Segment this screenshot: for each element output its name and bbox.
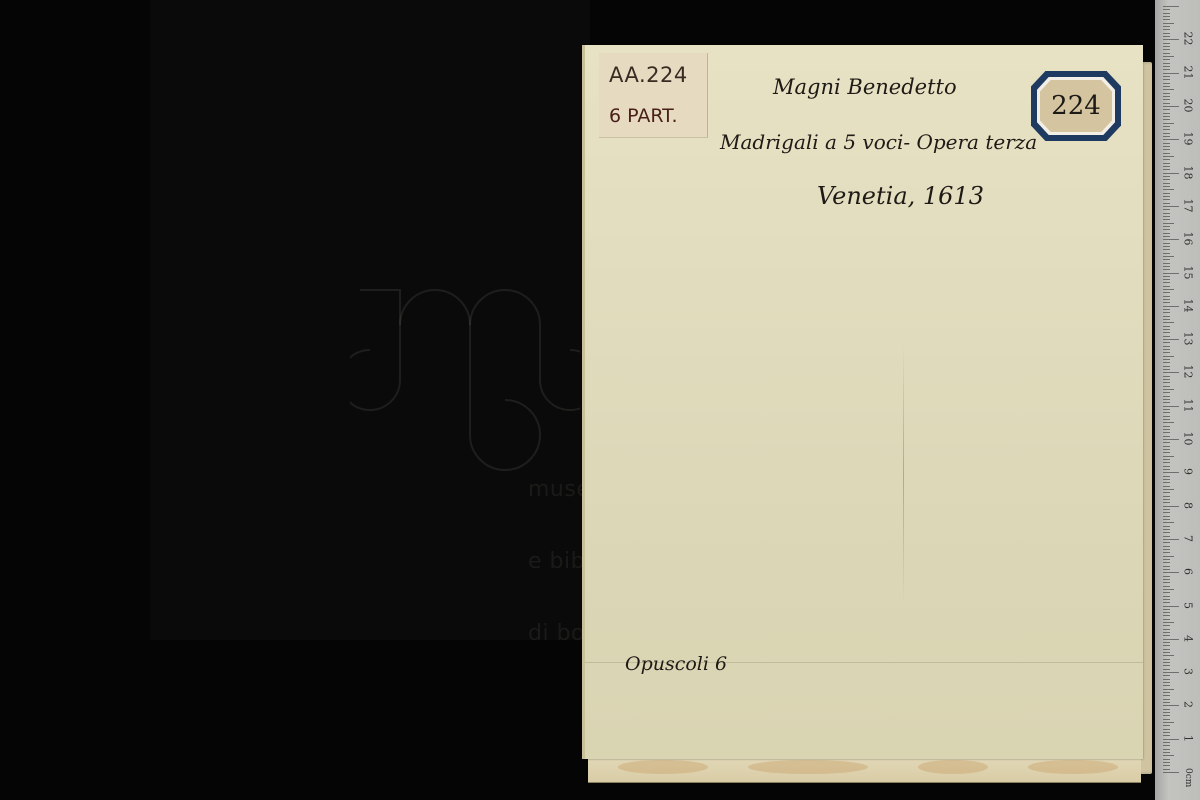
- ruler-tick: [1163, 179, 1170, 180]
- ruler-cm-label: 15: [1182, 263, 1195, 281]
- ruler-tick: [1163, 183, 1170, 184]
- ruler-tick: [1163, 625, 1170, 626]
- ruler-tick: [1163, 576, 1170, 577]
- ruler-tick: [1163, 203, 1170, 204]
- ruler-tick: [1163, 36, 1170, 37]
- ruler-tick: [1163, 332, 1170, 333]
- ruler-tick: [1163, 652, 1170, 653]
- ruler-tick: [1163, 116, 1170, 117]
- ruler-tick: [1163, 113, 1170, 114]
- ruler-tick: [1163, 522, 1174, 523]
- ruler-tick: [1163, 745, 1170, 746]
- author-name: Magni Benedetto: [773, 75, 957, 99]
- ruler-tick: [1163, 352, 1170, 353]
- ruler-tick: [1163, 43, 1170, 44]
- ruler-tick: [1163, 572, 1179, 573]
- ruler-tick: [1163, 199, 1170, 200]
- ruler-tick: [1163, 249, 1170, 250]
- ruler-tick: [1163, 735, 1170, 736]
- ruler-tick: [1163, 512, 1170, 513]
- ruler-tick: [1163, 253, 1170, 254]
- ruler-tick: [1163, 409, 1170, 410]
- ruler-tick: [1163, 143, 1170, 144]
- ruler-tick: [1163, 346, 1170, 347]
- ruler-tick: [1163, 599, 1170, 600]
- ruler-cm-label: 21: [1182, 63, 1195, 81]
- ruler-tick: [1163, 609, 1170, 610]
- ruler-cm-label: 5: [1182, 596, 1195, 614]
- ruler-tick: [1163, 589, 1174, 590]
- ruler-cm-label: 16: [1182, 230, 1195, 248]
- ruler-tick: [1163, 439, 1179, 440]
- ruler-cm-label: 7: [1182, 529, 1195, 547]
- ruler-cm-label: 2: [1182, 696, 1195, 714]
- ruler-tick: [1163, 196, 1170, 197]
- ruler-tick: [1163, 539, 1179, 540]
- ruler-tick: [1163, 159, 1170, 160]
- ruler-tick: [1163, 259, 1170, 260]
- ruler-tick: [1163, 286, 1170, 287]
- ruler-tick: [1163, 532, 1170, 533]
- ruler-tick: [1163, 63, 1170, 64]
- ruler-tick: [1163, 422, 1174, 423]
- ruler-tick: [1163, 53, 1170, 54]
- ruler-tick: [1163, 655, 1174, 656]
- ruler-tick: [1163, 755, 1174, 756]
- ruler-tick: [1163, 169, 1170, 170]
- ruler-tick: [1163, 606, 1179, 607]
- ruler-tick: [1163, 406, 1179, 407]
- ruler-tick: [1163, 382, 1170, 383]
- ruler-tick: [1163, 366, 1170, 367]
- ruler-tick: [1163, 749, 1170, 750]
- ruler-tick: [1163, 499, 1170, 500]
- ruler-tick: [1163, 506, 1179, 507]
- ruler-tick: [1163, 546, 1170, 547]
- ruler-tick: [1163, 243, 1170, 244]
- ruler-cm-label: 17: [1182, 196, 1195, 214]
- ruler-tick: [1163, 239, 1179, 240]
- ruler-tick: [1163, 752, 1170, 753]
- ruler-tick: [1163, 176, 1170, 177]
- ruler-tick: [1163, 615, 1170, 616]
- ruler-tick: [1163, 263, 1170, 264]
- ruler-tick: [1163, 762, 1170, 763]
- ruler-tick: [1163, 516, 1170, 517]
- ruler-tick: [1163, 702, 1170, 703]
- ruler-tick: [1163, 596, 1170, 597]
- ruler-tick: [1163, 256, 1174, 257]
- ruler-tick: [1163, 33, 1170, 34]
- ruler-tick: [1163, 695, 1170, 696]
- ruler-tick: [1163, 392, 1170, 393]
- ruler-tick: [1163, 356, 1174, 357]
- ruler-tick: [1163, 209, 1170, 210]
- ruler-tick: [1163, 552, 1170, 553]
- ruler-tick: [1163, 76, 1170, 77]
- ruler-cm-label: 3: [1182, 663, 1195, 681]
- ruler-tick: [1163, 639, 1179, 640]
- ruler-tick: [1163, 372, 1179, 373]
- foxing-stain: [918, 760, 988, 774]
- ruler-tick: [1163, 19, 1170, 20]
- ruler-tick: [1163, 56, 1174, 57]
- center-crease: [903, 345, 904, 605]
- ruler-cm-label: 20: [1182, 97, 1195, 115]
- ruler-tick: [1163, 336, 1170, 337]
- ruler-tick: [1163, 123, 1174, 124]
- ruler-tick: [1163, 519, 1170, 520]
- ruler-tick: [1163, 476, 1170, 477]
- ruler-tick: [1163, 233, 1170, 234]
- ruler-tick: [1163, 536, 1170, 537]
- ruler-tick: [1163, 319, 1170, 320]
- ruler-tick: [1163, 602, 1170, 603]
- foxing-stain: [748, 760, 868, 774]
- ruler-tick: [1163, 73, 1179, 74]
- ruler-tick: [1163, 316, 1170, 317]
- ruler-tick: [1163, 419, 1170, 420]
- ruler-tick: [1163, 89, 1174, 90]
- ruler-tick: [1163, 559, 1170, 560]
- ruler-cm-label: 11: [1182, 396, 1195, 414]
- ruler-tick: [1163, 562, 1170, 563]
- parts-count: 6 PART.: [609, 105, 678, 127]
- ruler-tick: [1163, 509, 1170, 510]
- ruler-tick: [1163, 529, 1170, 530]
- ruler-tick: [1163, 759, 1170, 760]
- ruler-tick: [1163, 715, 1170, 716]
- ruler-tick: [1163, 399, 1170, 400]
- ruler-tick: [1163, 482, 1170, 483]
- ruler-tick: [1163, 376, 1170, 377]
- ruler-tick: [1163, 79, 1170, 80]
- ruler-tick: [1163, 329, 1170, 330]
- ruler-cm-label: 14: [1182, 296, 1195, 314]
- catalog-number: 224: [1040, 80, 1112, 132]
- work-title: Madrigali a 5 voci- Opera terza: [720, 130, 1037, 154]
- ruler-tick: [1163, 469, 1170, 470]
- ruler-tick: [1163, 29, 1170, 30]
- ruler-tick: [1163, 93, 1170, 94]
- ruler-tick: [1163, 173, 1179, 174]
- ruler-tick: [1163, 586, 1170, 587]
- ruler-tick: [1163, 146, 1170, 147]
- ruler-tick: [1163, 722, 1174, 723]
- ruler-tick: [1163, 412, 1170, 413]
- ruler-tick: [1163, 442, 1170, 443]
- ruler-tick: [1163, 436, 1170, 437]
- ruler-cm-label: 4: [1182, 629, 1195, 647]
- ruler-tick: [1163, 96, 1170, 97]
- ruler-tick: [1163, 322, 1174, 323]
- ruler-tick: [1163, 193, 1170, 194]
- ruler-cm-label: 18: [1182, 163, 1195, 181]
- ruler-tick: [1163, 302, 1170, 303]
- ruler-tick: [1163, 292, 1170, 293]
- ruler-tick: [1163, 665, 1170, 666]
- ruler-cm-label: 9: [1182, 463, 1195, 481]
- ruler-tick: [1163, 219, 1170, 220]
- ruler-tick: [1163, 556, 1174, 557]
- ruler-cm-label: 1: [1182, 729, 1195, 747]
- ruler-tick: [1163, 299, 1170, 300]
- ruler-tick: [1163, 619, 1170, 620]
- ruler-tick: [1163, 309, 1170, 310]
- ruler-tick: [1163, 452, 1170, 453]
- ruler-tick: [1163, 306, 1179, 307]
- ruler-tick: [1163, 119, 1170, 120]
- ruler-tick: [1163, 769, 1170, 770]
- ruler-tick: [1163, 386, 1170, 387]
- ruler-tick: [1163, 186, 1170, 187]
- ruler-tick: [1163, 396, 1170, 397]
- ruler-tick: [1163, 612, 1170, 613]
- ruler-tick: [1163, 642, 1170, 643]
- ruler-tick: [1163, 629, 1170, 630]
- ruler-tick: [1163, 99, 1170, 100]
- ruler-tick: [1163, 359, 1170, 360]
- ruler-tick: [1163, 772, 1179, 773]
- ruler-tick: [1163, 106, 1179, 107]
- ruler-tick: [1163, 109, 1170, 110]
- measurement-ruler: 0cm 12345678910111213141516171819202122: [1155, 0, 1200, 800]
- ruler-tick: [1163, 526, 1170, 527]
- ruler-tick: [1163, 103, 1170, 104]
- ruler-tick: [1163, 289, 1174, 290]
- ruler-tick: [1163, 569, 1170, 570]
- ruler-tick: [1163, 459, 1170, 460]
- ruler-tick: [1163, 379, 1170, 380]
- ruler-tick: [1163, 672, 1179, 673]
- ruler-tick: [1163, 682, 1170, 683]
- ruler-tick: [1163, 579, 1170, 580]
- ruler-tick: [1163, 725, 1170, 726]
- ruler-tick: [1163, 269, 1170, 270]
- ruler-tick: [1163, 496, 1170, 497]
- imprint: Venetia, 1613: [817, 182, 984, 210]
- ruler-tick: [1163, 582, 1170, 583]
- ruler-tick: [1163, 645, 1170, 646]
- ruler-tick: [1163, 402, 1170, 403]
- ruler-tick: [1163, 739, 1179, 740]
- ruler-cm-label: 12: [1182, 363, 1195, 381]
- ruler-tick: [1163, 279, 1170, 280]
- ruler-tick: [1163, 479, 1170, 480]
- ruler-tick: [1163, 282, 1170, 283]
- ruler-tick: [1163, 466, 1170, 467]
- ruler-tick: [1163, 416, 1170, 417]
- ruler-tick: [1163, 732, 1170, 733]
- ruler-tick: [1163, 685, 1170, 686]
- ruler-tick: [1163, 492, 1170, 493]
- ruler-tick: [1163, 349, 1170, 350]
- ruler-tick: [1163, 156, 1174, 157]
- ruler-cm-label: 10: [1182, 430, 1195, 448]
- ruler-tick: [1163, 312, 1170, 313]
- ruler-tick: [1163, 16, 1170, 17]
- ruler-cm-label: 19: [1182, 130, 1195, 148]
- document-cover: AA.224 6 PART. Magni Benedetto Madrigali…: [582, 45, 1143, 759]
- ruler-tick: [1163, 429, 1170, 430]
- ruler-tick: [1163, 213, 1170, 214]
- ruler-tick: [1163, 136, 1170, 137]
- ruler-tick: [1163, 662, 1170, 663]
- ruler-tick: [1163, 166, 1170, 167]
- ruler-tick: [1163, 719, 1170, 720]
- ruler-tick: [1163, 229, 1170, 230]
- ruler-cm-label: 8: [1182, 496, 1195, 514]
- ruler-tick: [1163, 226, 1170, 227]
- ruler-tick: [1163, 276, 1170, 277]
- ruler-tick: [1163, 6, 1179, 7]
- ruler-tick: [1163, 699, 1170, 700]
- ruler-tick: [1163, 502, 1170, 503]
- ruler-tick: [1163, 9, 1170, 10]
- ruler-tick: [1163, 266, 1170, 267]
- ruler-tick: [1163, 13, 1170, 14]
- ruler-tick: [1163, 23, 1174, 24]
- ruler-cm-label: 22: [1182, 30, 1195, 48]
- foxing-stain: [1028, 760, 1118, 774]
- ruler-tick: [1163, 659, 1170, 660]
- shelfmark: AA.224: [609, 63, 688, 87]
- ruler-tick: [1163, 59, 1170, 60]
- ruler-tick: [1163, 709, 1170, 710]
- ruler-tick: [1163, 705, 1179, 706]
- foxing-stain: [618, 760, 708, 774]
- ruler-tick: [1163, 189, 1174, 190]
- ruler-tick: [1163, 339, 1179, 340]
- ruler-tick: [1163, 679, 1170, 680]
- ruler-tick: [1163, 342, 1170, 343]
- ruler-tick: [1163, 426, 1170, 427]
- collection-note: Opuscoli 6: [625, 653, 727, 675]
- ruler-tick: [1163, 449, 1170, 450]
- ruler-tick: [1163, 462, 1170, 463]
- ruler-tick: [1163, 446, 1170, 447]
- catalog-number-label: 224: [1031, 71, 1121, 141]
- ruler-tick: [1163, 129, 1170, 130]
- ruler-tick: [1163, 86, 1170, 87]
- ruler-tick: [1163, 83, 1170, 84]
- ruler-tick: [1163, 692, 1170, 693]
- ruler-tick: [1163, 273, 1179, 274]
- ruler-tick: [1163, 139, 1179, 140]
- ruler-tick: [1163, 49, 1170, 50]
- ruler-tick: [1163, 133, 1170, 134]
- ruler-tick: [1163, 26, 1170, 27]
- ruler-tick: [1163, 729, 1170, 730]
- ruler-tick: [1163, 206, 1179, 207]
- ruler-tick: [1163, 689, 1174, 690]
- ruler-tick: [1163, 635, 1170, 636]
- ruler-tick: [1163, 126, 1170, 127]
- ruler-tick: [1163, 675, 1170, 676]
- ruler-tick: [1163, 66, 1170, 67]
- ruler-tick: [1163, 362, 1170, 363]
- ruler-cm-label: 13: [1182, 330, 1195, 348]
- ruler-tick: [1163, 549, 1170, 550]
- ruler-tick: [1163, 489, 1174, 490]
- ruler-tick: [1163, 223, 1174, 224]
- ruler-tick: [1163, 46, 1170, 47]
- ruler-unit-label: 0cm: [1183, 768, 1193, 786]
- ruler-tick: [1163, 592, 1170, 593]
- ruler-tick: [1163, 153, 1170, 154]
- ruler-tick: [1163, 486, 1170, 487]
- ruler-tick: [1163, 456, 1174, 457]
- ruler-tick: [1163, 39, 1179, 40]
- ruler-tick: [1163, 432, 1170, 433]
- ruler-tick: [1163, 296, 1170, 297]
- ruler-tick: [1163, 669, 1170, 670]
- ruler-tick: [1163, 326, 1170, 327]
- ruler-tick: [1163, 389, 1174, 390]
- ruler-tick: [1163, 632, 1170, 633]
- ruler-tick: [1163, 472, 1179, 473]
- ruler-tick: [1163, 369, 1170, 370]
- ruler-tick: [1163, 765, 1170, 766]
- ruler-tick: [1163, 622, 1174, 623]
- ruler-tick: [1163, 649, 1170, 650]
- ruler-tick: [1163, 712, 1170, 713]
- ruler-tick: [1163, 216, 1170, 217]
- ruler-tick: [1163, 246, 1170, 247]
- ruler-tick: [1163, 742, 1170, 743]
- ruler-tick: [1163, 542, 1170, 543]
- ruler-tick: [1163, 236, 1170, 237]
- ruler-cm-label: 6: [1182, 563, 1195, 581]
- ruler-tick: [1163, 69, 1170, 70]
- ruler-tick: [1163, 566, 1170, 567]
- ruler-tick: [1163, 163, 1170, 164]
- ruler-tick: [1163, 149, 1170, 150]
